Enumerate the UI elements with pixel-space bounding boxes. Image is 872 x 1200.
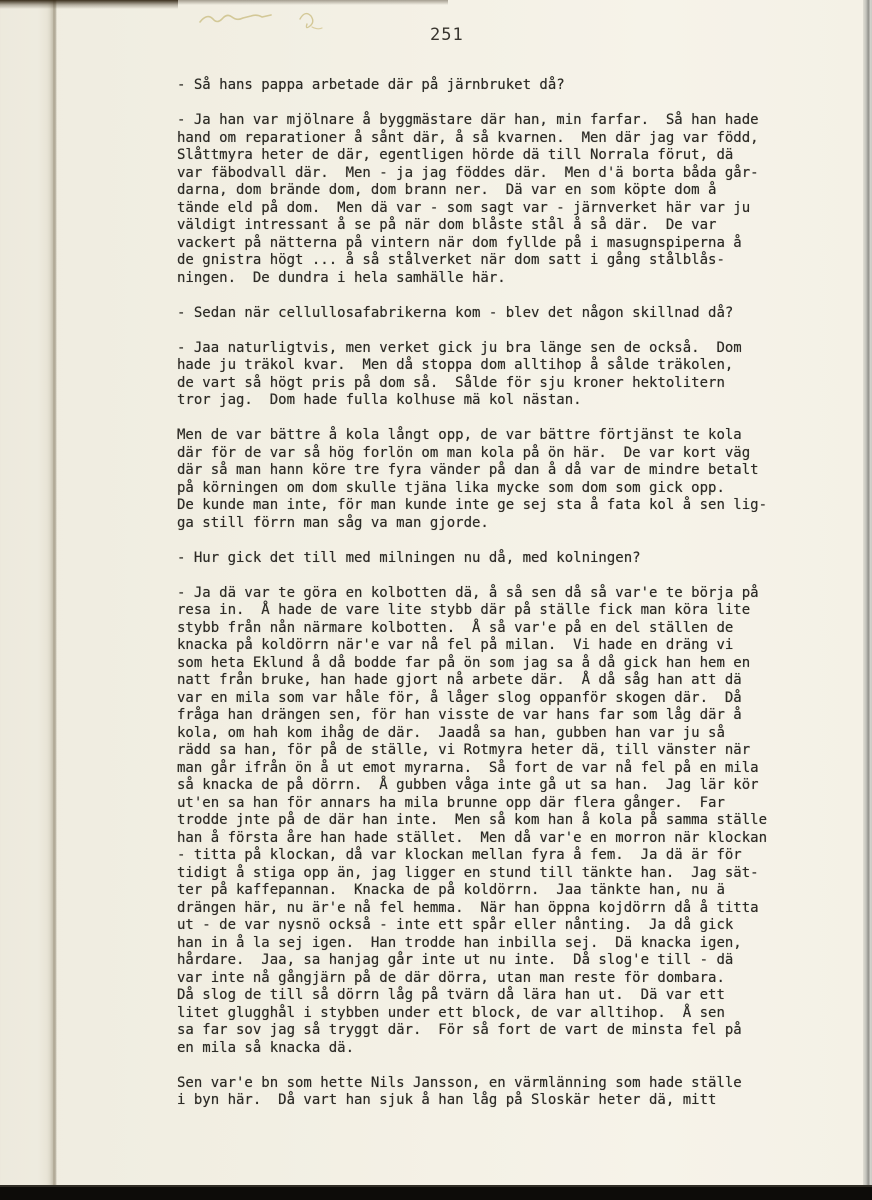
scan-bottom-black-bar (0, 1185, 872, 1200)
typewritten-text-block: - Så hans pappa arbetade där på järnbruk… (177, 77, 797, 1127)
paragraph-answer: - Ja han var mjölnare å byggmästare där … (177, 112, 797, 287)
scan-top-shadow (0, 0, 178, 9)
paragraph-answer: Men de var bättre å kola långt opp, de v… (177, 427, 797, 532)
paragraph-question: - Så hans pappa arbetade där på järnbruk… (177, 77, 797, 95)
paragraph-answer: - Jaa naturligtvis, men verket gick ju b… (177, 340, 797, 410)
paragraph-question: - Sedan när cellullosafabrikerna kom - b… (177, 305, 797, 323)
page-gutter (0, 0, 54, 1200)
page-right-edge (863, 0, 872, 1200)
page-number: 251 (430, 25, 464, 45)
binding-fold-line (53, 0, 57, 1188)
paragraph-answer: Sen var'e bn som hette Nils Jansson, en … (177, 1075, 797, 1110)
paragraph-question: - Hur gick det till med milningen nu då,… (177, 550, 797, 568)
paragraph-answer: - Ja dä var te göra en kolbotten dä, å s… (177, 585, 797, 1058)
scanned-book-page: 251 - Så hans pappa arbetade där på järn… (0, 0, 872, 1200)
handwritten-scribble-mark (196, 3, 346, 33)
